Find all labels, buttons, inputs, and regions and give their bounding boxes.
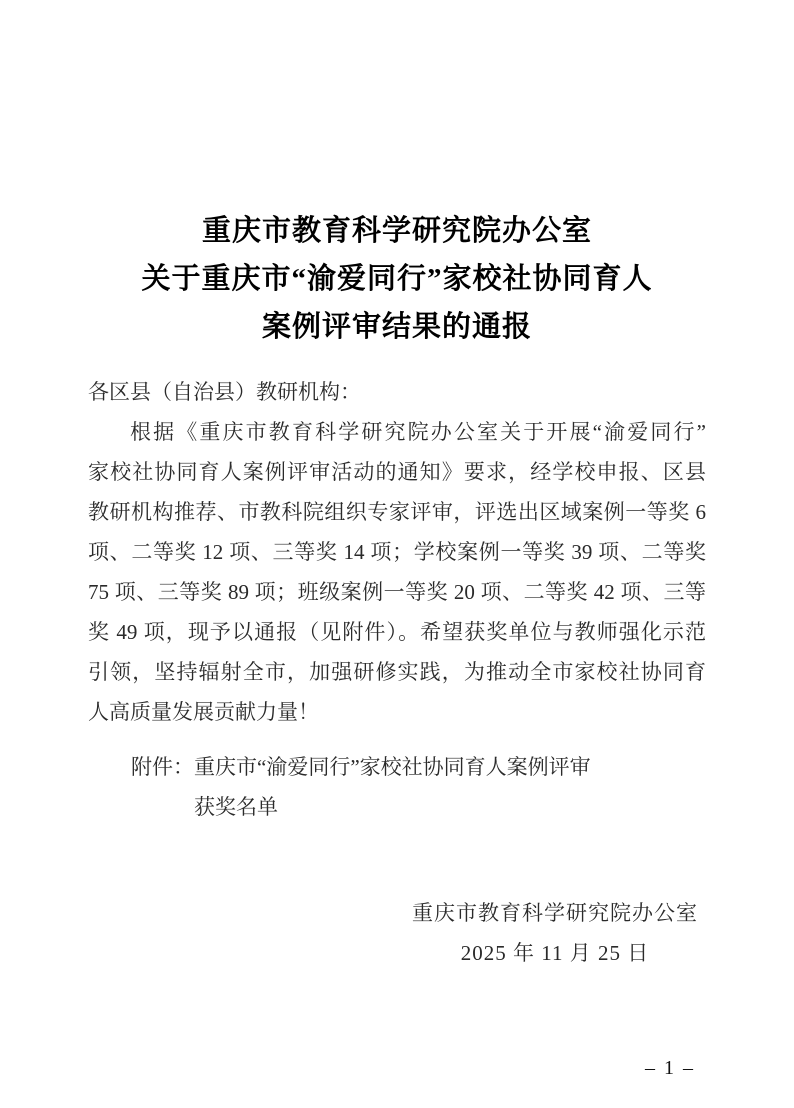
title-line-2: 关于重庆市“渝爱同行”家校社协同育人 <box>88 255 706 303</box>
paragraph-line: 家校社协同育人案例评审活动的通知》要求，经学校申报、区县 <box>88 452 706 492</box>
paragraph-line: 根据《重庆市教育科学研究院办公室关于开展“渝爱同行” <box>88 412 706 452</box>
paragraph-line: 人高质量发展贡献力量！ <box>88 692 706 732</box>
title-line-3: 案例评审结果的通报 <box>88 303 706 351</box>
paragraph-line: 引领，坚持辐射全市，加强研修实践，为推动全市家校社协同育 <box>88 652 706 692</box>
attachment-body: 重庆市“渝爱同行”家校社协同育人案例评审 获奖名单 <box>194 747 706 827</box>
attachment-line-2: 获奖名单 <box>194 787 706 827</box>
signature-org: 重庆市教育科学研究院办公室 <box>412 893 698 933</box>
paragraph-line: 项、二等奖 12 项、三等奖 14 项；学校案例一等奖 39 项、二等奖 <box>88 532 706 572</box>
body-paragraph: 根据《重庆市教育科学研究院办公室关于开展“渝爱同行” 家校社协同育人案例评审活动… <box>88 412 706 732</box>
paragraph-line: 奖 49 项，现予以通报（见附件）。希望获奖单位与教师强化示范 <box>88 612 706 652</box>
signature-block: 重庆市教育科学研究院办公室 2025 年 11 月 25 日 <box>412 893 698 973</box>
document-title: 重庆市教育科学研究院办公室 关于重庆市“渝爱同行”家校社协同育人 案例评审结果的… <box>88 207 706 351</box>
title-line-1: 重庆市教育科学研究院办公室 <box>88 207 706 255</box>
attachment-label: 附件： <box>131 747 194 827</box>
attachment-note: 附件： 重庆市“渝爱同行”家校社协同育人案例评审 获奖名单 <box>88 747 706 827</box>
signature-date: 2025 年 11 月 25 日 <box>412 933 698 973</box>
document-page: 重庆市教育科学研究院办公室 关于重庆市“渝爱同行”家校社协同育人 案例评审结果的… <box>0 0 794 1108</box>
salutation: 各区县（自治县）教研机构： <box>88 372 706 412</box>
paragraph-line: 教研机构推荐、市教科院组织专家评审，评选出区域案例一等奖 6 <box>88 492 706 532</box>
page-number: – 1 – <box>645 1057 695 1080</box>
paragraph-line: 75 项、三等奖 89 项；班级案例一等奖 20 项、二等奖 42 项、三等 <box>88 572 706 612</box>
attachment-line-1: 重庆市“渝爱同行”家校社协同育人案例评审 <box>194 747 706 787</box>
